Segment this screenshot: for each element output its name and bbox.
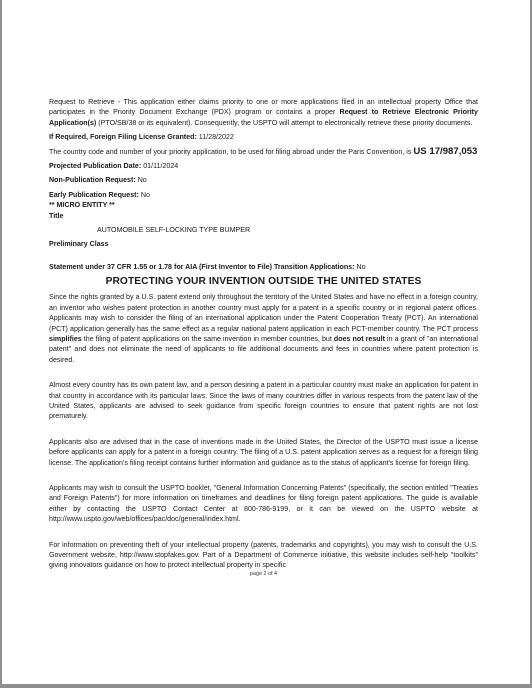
section-heading: PROTECTING YOUR INVENTION OUTSIDE THE UN…	[49, 275, 478, 288]
request-to-retrieve-rest: (PTO/SB/38 or its equivalent). Consequen…	[96, 119, 472, 127]
request-to-retrieve-paragraph: Request to Retrieve - This application e…	[49, 97, 478, 128]
early-publication-value: No	[141, 191, 150, 199]
uspto-booklet-paragraph: Applicants may wish to consult the USPTO…	[49, 483, 478, 525]
page-number: page 2 of 4	[49, 571, 478, 578]
pct-simplifies-emphasis: simplifies	[49, 335, 82, 343]
projected-publication-label: Projected Publication Date:	[49, 162, 141, 170]
patent-law-paragraph: Almost every country has its own patent …	[49, 380, 478, 422]
pct-paragraph-text-c: the filing of patent applications on the…	[82, 335, 334, 343]
non-publication-label: Non-Publication Request:	[49, 176, 136, 184]
foreign-filing-license-value: 11/28/2022	[199, 133, 234, 141]
aia-statement-label: Statement under 37 CFR 1.55 or 1.78 for …	[49, 263, 354, 271]
foreign-filing-license: If Required, Foreign Filing License Gran…	[49, 132, 478, 142]
early-publication-label: Early Publication Request:	[49, 191, 139, 199]
priority-statement: The country code and number of your prio…	[49, 147, 478, 157]
priority-statement-text: The country code and number of your prio…	[49, 148, 413, 156]
pct-paragraph: Since the rights granted by a U.S. paten…	[49, 292, 478, 365]
foreign-filing-license-label: If Required, Foreign Filing License Gran…	[49, 133, 197, 141]
projected-publication-value: 01/11/2024	[143, 162, 178, 170]
entity-status: ** MICRO ENTITY **	[49, 200, 478, 210]
aia-statement-value: No	[356, 263, 365, 271]
title-label: Title	[49, 211, 478, 221]
page-content: Request to Retrieve - This application e…	[49, 97, 478, 583]
priority-application-number: US 17/987,053	[413, 146, 477, 157]
aia-statement: Statement under 37 CFR 1.55 or 1.78 for …	[49, 262, 478, 272]
early-publication-request: Early Publication Request: No	[49, 190, 478, 200]
pct-paragraph-text-a: Since the rights granted by a U.S. paten…	[49, 293, 478, 332]
stopfakes-paragraph: For information on preventing theft of y…	[49, 540, 478, 571]
foreign-license-paragraph: Applicants also are advised that in the …	[49, 437, 478, 468]
title-value: AUTOMOBILE SELF-LOCKING TYPE BUMPER	[49, 225, 478, 235]
document-page: Request to Retrieve - This application e…	[0, 0, 532, 688]
preliminary-class-label: Preliminary Class	[49, 239, 478, 249]
non-publication-request: Non-Publication Request: No	[49, 175, 478, 185]
projected-publication-date: Projected Publication Date: 01/11/2024	[49, 161, 478, 171]
pct-does-not-result-emphasis: does not result	[334, 335, 385, 343]
non-publication-value: No	[138, 176, 147, 184]
